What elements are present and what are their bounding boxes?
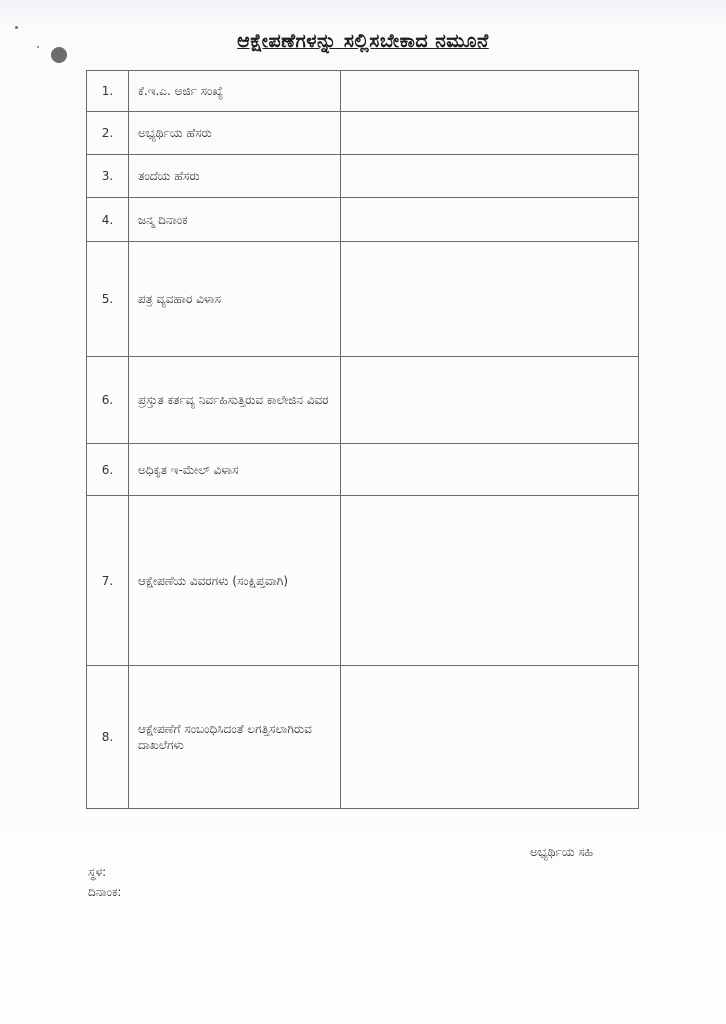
row-number: 1.	[87, 71, 129, 112]
form-title: ಆಕ್ಷೇಪಣೆಗಳನ್ನು ಸಲ್ಲಿಸಬೇಕಾದ ನಮೂನೆ	[0, 30, 726, 52]
row-label: ಆಕ್ಷೇಪಣೆಯ ವಿವರಗಳು (ಸಂಕ್ಷಿಪ್ತವಾಗಿ)	[129, 496, 341, 666]
row-value-field[interactable]	[341, 242, 639, 357]
row-value-field[interactable]	[341, 198, 639, 242]
row-label: ತಂದೆಯ ಹೆಸರು	[129, 155, 341, 198]
row-number: 5.	[87, 242, 129, 357]
row-label: ಅಭ್ಯರ್ಥಿಯ ಹೆಸರು	[129, 112, 341, 155]
row-value-field[interactable]	[341, 71, 639, 112]
row-number: 6.	[87, 444, 129, 496]
scan-speck	[15, 26, 18, 29]
table-row: 4. ಜನ್ಮ ದಿನಾಂಕ	[87, 198, 639, 242]
row-label: ಪ್ರಸ್ತುತ ಕರ್ತವ್ಯ ನಿರ್ವಹಿಸುತ್ತಿರುವ ಕಾಲೇಜಿ…	[129, 357, 341, 444]
table-row: 7. ಆಕ್ಷೇಪಣೆಯ ವಿವರಗಳು (ಸಂಕ್ಷಿಪ್ತವಾಗಿ)	[87, 496, 639, 666]
row-label: ಆಕ್ಷೇಪಣೆಗೆ ಸಂಬಂಧಿಸಿದಂತೆ ಲಗತ್ತಿಸಲಾಗಿರುವ ದ…	[129, 666, 341, 809]
table-row: 2. ಅಭ್ಯರ್ಥಿಯ ಹೆಸರು	[87, 112, 639, 155]
date-label: ದಿನಾಂಕ:	[88, 885, 121, 900]
table-row: 5. ಪತ್ರ ವ್ಯವಹಾರ ವಿಳಾಸ	[87, 242, 639, 357]
row-number: 6.	[87, 357, 129, 444]
row-number: 4.	[87, 198, 129, 242]
row-label: ಅಧಿಕೃತ ಇ-ಮೇಲ್ ವಿಳಾಸ	[129, 444, 341, 496]
objection-form-table: 1. ಕೆ.ಇ.ಎ. ಅರ್ಜಿ ಸಂಖ್ಯೆ 2. ಅಭ್ಯರ್ಥಿಯ ಹೆಸ…	[86, 70, 639, 809]
candidate-signature-label: ಅಭ್ಯರ್ಥಿಯ ಸಹಿ	[530, 845, 593, 860]
row-value-field[interactable]	[341, 666, 639, 809]
row-value-field[interactable]	[341, 444, 639, 496]
table-row: 1. ಕೆ.ಇ.ಎ. ಅರ್ಜಿ ಸಂಖ್ಯೆ	[87, 71, 639, 112]
table-row: 6. ಅಧಿಕೃತ ಇ-ಮೇಲ್ ವಿಳಾಸ	[87, 444, 639, 496]
row-number: 7.	[87, 496, 129, 666]
row-label: ಕೆ.ಇ.ಎ. ಅರ್ಜಿ ಸಂಖ್ಯೆ	[129, 71, 341, 112]
table-row: 8. ಆಕ್ಷೇಪಣೆಗೆ ಸಂಬಂಧಿಸಿದಂತೆ ಲಗತ್ತಿಸಲಾಗಿರು…	[87, 666, 639, 809]
place-label: ಸ್ಥಳ:	[88, 865, 106, 880]
table-row: 3. ತಂದೆಯ ಹೆಸರು	[87, 155, 639, 198]
table-row: 6. ಪ್ರಸ್ತುತ ಕರ್ತವ್ಯ ನಿರ್ವಹಿಸುತ್ತಿರುವ ಕಾಲ…	[87, 357, 639, 444]
row-number: 3.	[87, 155, 129, 198]
row-value-field[interactable]	[341, 357, 639, 444]
row-value-field[interactable]	[341, 496, 639, 666]
row-label: ಜನ್ಮ ದಿನಾಂಕ	[129, 198, 341, 242]
row-value-field[interactable]	[341, 155, 639, 198]
row-number: 2.	[87, 112, 129, 155]
row-number: 8.	[87, 666, 129, 809]
row-value-field[interactable]	[341, 112, 639, 155]
row-label: ಪತ್ರ ವ್ಯವಹಾರ ವಿಳಾಸ	[129, 242, 341, 357]
